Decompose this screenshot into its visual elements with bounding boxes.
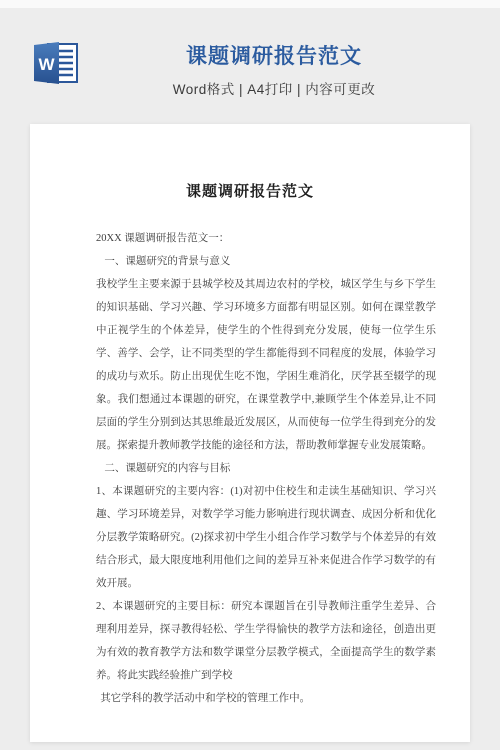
doc-paragraph: 其它学科的教学活动中和学校的管理工作中。	[96, 687, 436, 710]
doc-paragraph: 20XX 课题调研报告范文一：	[96, 227, 436, 250]
doc-section-heading: 一、课题研究的背景与意义	[96, 250, 436, 273]
word-icon-letter: W	[38, 55, 55, 74]
format-info: Word格式 | A4打印 | 内容可更改	[48, 78, 500, 98]
document-body: 20XX 课题调研报告范文一： 一、课题研究的背景与意义 我校学生主要来源于县城…	[30, 227, 470, 710]
preview-header: W 课题调研报告范文 Word格式 | A4打印 | 内容可更改	[0, 0, 500, 124]
word-icon: W	[33, 41, 79, 85]
doc-paragraph: 1、本课题研究的主要内容：(1)对初中住校生和走读生基础知识、学习兴趣、学习环境…	[96, 480, 436, 595]
document-title: 课题调研报告范文	[30, 180, 470, 201]
word-document-icon: W	[33, 41, 79, 85]
doc-section-heading: 二、课题研究的内容与目标	[96, 457, 436, 480]
doc-paragraph: 我校学生主要来源于县城学校及其周边农村的学校，城区学生与乡下学生的知识基础、学习…	[96, 273, 436, 457]
document-page: 课题调研报告范文 20XX 课题调研报告范文一： 一、课题研究的背景与意义 我校…	[30, 124, 470, 742]
doc-paragraph: 2、本课题研究的主要目标：研究本课题旨在引导教师注重学生差异、合理利用差异，探寻…	[96, 595, 436, 687]
preview-title: 课题调研报告范文	[48, 44, 500, 70]
